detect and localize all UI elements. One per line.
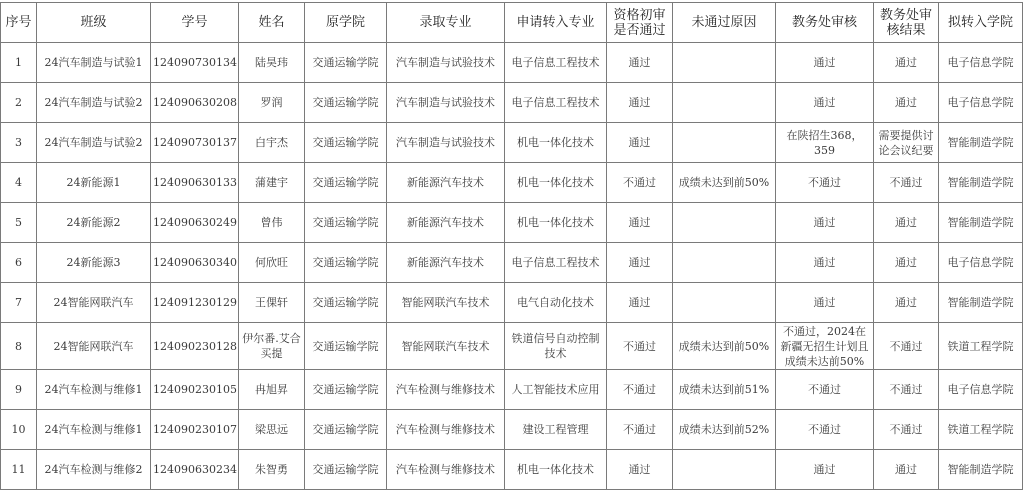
cell-name: 蒲建宇 xyxy=(239,163,305,203)
cell-target-college: 铁道工程学院 xyxy=(939,410,1023,450)
cell-target-major: 铁道信号自动控制技术 xyxy=(505,323,607,370)
table-row: 11 24汽车检测与维修2 124090630234 朱智勇 交通运输学院 汽车… xyxy=(1,450,1023,490)
cell-admitted-major: 汽车检测与维修技术 xyxy=(387,410,505,450)
cell-prelim: 不通过 xyxy=(607,323,673,370)
table-row: 2 24汽车制造与试验2 124090630208 罗润 交通运输学院 汽车制造… xyxy=(1,83,1023,123)
cell-orig-college: 交通运输学院 xyxy=(305,410,387,450)
cell-orig-college: 交通运输学院 xyxy=(305,323,387,370)
cell-reason xyxy=(673,203,776,243)
cell-orig-college: 交通运输学院 xyxy=(305,283,387,323)
cell-name: 梁思远 xyxy=(239,410,305,450)
cell-student-id: 124090230105 xyxy=(151,370,239,410)
header-orig-college: 原学院 xyxy=(305,3,387,43)
cell-prelim: 不通过 xyxy=(607,163,673,203)
table-row: 4 24新能源1 124090630133 蒲建宇 交通运输学院 新能源汽车技术… xyxy=(1,163,1023,203)
cell-class: 24汽车检测与维修2 xyxy=(37,450,151,490)
cell-office-result: 通过 xyxy=(874,243,939,283)
cell-reason: 成绩未达到前50% xyxy=(673,323,776,370)
cell-prelim: 通过 xyxy=(607,243,673,283)
cell-reason xyxy=(673,450,776,490)
cell-target-college: 智能制造学院 xyxy=(939,123,1023,163)
cell-office-review: 通过 xyxy=(776,43,874,83)
cell-name: 罗润 xyxy=(239,83,305,123)
cell-prelim: 通过 xyxy=(607,83,673,123)
cell-office-review: 不通过 xyxy=(776,370,874,410)
cell-office-review: 不通过 xyxy=(776,163,874,203)
header-office-result-line1: 教务处审 xyxy=(880,8,932,23)
cell-class: 24汽车检测与维修1 xyxy=(37,370,151,410)
header-class: 班级 xyxy=(37,3,151,43)
cell-office-result: 通过 xyxy=(874,203,939,243)
cell-target-major: 机电一体化技术 xyxy=(505,203,607,243)
cell-class: 24智能网联汽车 xyxy=(37,323,151,370)
cell-office-review: 通过 xyxy=(776,243,874,283)
cell-prelim: 通过 xyxy=(607,43,673,83)
cell-orig-college: 交通运输学院 xyxy=(305,450,387,490)
cell-prelim: 通过 xyxy=(607,283,673,323)
cell-no: 1 xyxy=(1,43,37,83)
cell-admitted-major: 新能源汽车技术 xyxy=(387,163,505,203)
cell-student-id: 124090630340 xyxy=(151,243,239,283)
cell-prelim: 通过 xyxy=(607,123,673,163)
cell-office-review: 通过 xyxy=(776,203,874,243)
cell-office-review: 不通过 xyxy=(776,410,874,450)
cell-office-result: 通过 xyxy=(874,83,939,123)
table-row: 1 24汽车制造与试验1 124090730134 陆昊玮 交通运输学院 汽车制… xyxy=(1,43,1023,83)
cell-target-major: 机电一体化技术 xyxy=(505,450,607,490)
cell-class: 24汽车检测与维修1 xyxy=(37,410,151,450)
cell-orig-college: 交通运输学院 xyxy=(305,163,387,203)
cell-office-review: 通过 xyxy=(776,450,874,490)
cell-target-major: 机电一体化技术 xyxy=(505,123,607,163)
cell-name: 何欣旺 xyxy=(239,243,305,283)
cell-orig-college: 交通运输学院 xyxy=(305,203,387,243)
cell-class: 24汽车制造与试验1 xyxy=(37,43,151,83)
cell-orig-college: 交通运输学院 xyxy=(305,83,387,123)
header-office-review: 教务处审核 xyxy=(776,3,874,43)
cell-office-result: 需要提供讨论会议纪要 xyxy=(874,123,939,163)
cell-student-id: 124090730137 xyxy=(151,123,239,163)
cell-reason: 成绩未达到前50% xyxy=(673,163,776,203)
cell-office-review: 通过 xyxy=(776,83,874,123)
cell-name: 王倮轩 xyxy=(239,283,305,323)
cell-no: 2 xyxy=(1,83,37,123)
cell-student-id: 124090630249 xyxy=(151,203,239,243)
cell-no: 6 xyxy=(1,243,37,283)
cell-student-id: 124090630133 xyxy=(151,163,239,203)
cell-target-college: 智能制造学院 xyxy=(939,163,1023,203)
cell-admitted-major: 新能源汽车技术 xyxy=(387,203,505,243)
cell-admitted-major: 智能网联汽车技术 xyxy=(387,323,505,370)
cell-reason xyxy=(673,283,776,323)
cell-prelim: 不通过 xyxy=(607,410,673,450)
cell-target-college: 智能制造学院 xyxy=(939,450,1023,490)
cell-orig-college: 交通运输学院 xyxy=(305,370,387,410)
cell-office-result: 不通过 xyxy=(874,323,939,370)
cell-reason: 成绩未达到前51% xyxy=(673,370,776,410)
cell-target-major: 电子信息工程技术 xyxy=(505,83,607,123)
cell-class: 24新能源3 xyxy=(37,243,151,283)
cell-target-major: 电子信息工程技术 xyxy=(505,43,607,83)
header-target-major: 申请转入专业 xyxy=(505,3,607,43)
table-row: 7 24智能网联汽车 124091230129 王倮轩 交通运输学院 智能网联汽… xyxy=(1,283,1023,323)
cell-student-id: 124090230107 xyxy=(151,410,239,450)
cell-target-college: 电子信息学院 xyxy=(939,83,1023,123)
header-fail-reason: 未通过原因 xyxy=(673,3,776,43)
cell-reason xyxy=(673,123,776,163)
cell-name: 伊尔番.艾合买提 xyxy=(239,323,305,370)
cell-prelim: 通过 xyxy=(607,203,673,243)
cell-student-id: 124090630208 xyxy=(151,83,239,123)
cell-student-id: 124090730134 xyxy=(151,43,239,83)
table-row: 5 24新能源2 124090630249 曾伟 交通运输学院 新能源汽车技术 … xyxy=(1,203,1023,243)
cell-office-result: 通过 xyxy=(874,450,939,490)
cell-admitted-major: 汽车检测与维修技术 xyxy=(387,450,505,490)
cell-target-major: 建设工程管理 xyxy=(505,410,607,450)
cell-admitted-major: 汽车制造与试验技术 xyxy=(387,83,505,123)
header-office-result: 教务处审核结果 xyxy=(874,3,939,43)
cell-office-review: 通过 xyxy=(776,283,874,323)
cell-no: 5 xyxy=(1,203,37,243)
header-prelim-line2: 是否通过 xyxy=(613,23,665,38)
header-office-result-line2: 核结果 xyxy=(886,23,925,38)
cell-target-major: 人工智能技术应用 xyxy=(505,370,607,410)
cell-prelim: 通过 xyxy=(607,450,673,490)
cell-office-result: 不通过 xyxy=(874,370,939,410)
cell-orig-college: 交通运输学院 xyxy=(305,43,387,83)
table-row: 9 24汽车检测与维修1 124090230105 冉旭昇 交通运输学院 汽车检… xyxy=(1,370,1023,410)
table-row: 3 24汽车制造与试验2 124090730137 白宇杰 交通运输学院 汽车制… xyxy=(1,123,1023,163)
cell-target-major: 机电一体化技术 xyxy=(505,163,607,203)
header-admitted-major: 录取专业 xyxy=(387,3,505,43)
cell-office-result: 不通过 xyxy=(874,163,939,203)
cell-admitted-major: 智能网联汽车技术 xyxy=(387,283,505,323)
cell-office-result: 通过 xyxy=(874,43,939,83)
cell-office-review: 在陕招生368，359 xyxy=(776,123,874,163)
header-prelim-review: 资格初审是否通过 xyxy=(607,3,673,43)
cell-reason xyxy=(673,43,776,83)
cell-no: 9 xyxy=(1,370,37,410)
cell-target-college: 智能制造学院 xyxy=(939,283,1023,323)
cell-admitted-major: 汽车制造与试验技术 xyxy=(387,123,505,163)
table-row: 8 24智能网联汽车 124090230128 伊尔番.艾合买提 交通运输学院 … xyxy=(1,323,1023,370)
cell-student-id: 124090630234 xyxy=(151,450,239,490)
cell-office-review: 不通过，2024在新疆无招生计划且成绩未达前50% xyxy=(776,323,874,370)
cell-orig-college: 交通运输学院 xyxy=(305,243,387,283)
cell-name: 曾伟 xyxy=(239,203,305,243)
header-row: 序号 班级 学号 姓名 原学院 录取专业 申请转入专业 资格初审是否通过 未通过… xyxy=(1,3,1023,43)
cell-target-major: 电气自动化技术 xyxy=(505,283,607,323)
table-row: 10 24汽车检测与维修1 124090230107 梁思远 交通运输学院 汽车… xyxy=(1,410,1023,450)
cell-admitted-major: 汽车制造与试验技术 xyxy=(387,43,505,83)
cell-class: 24新能源2 xyxy=(37,203,151,243)
cell-name: 陆昊玮 xyxy=(239,43,305,83)
table-body: 1 24汽车制造与试验1 124090730134 陆昊玮 交通运输学院 汽车制… xyxy=(1,43,1023,490)
cell-class: 24汽车制造与试验2 xyxy=(37,83,151,123)
transfer-review-table: 序号 班级 学号 姓名 原学院 录取专业 申请转入专业 资格初审是否通过 未通过… xyxy=(0,2,1023,490)
cell-name: 冉旭昇 xyxy=(239,370,305,410)
cell-target-college: 电子信息学院 xyxy=(939,370,1023,410)
cell-no: 8 xyxy=(1,323,37,370)
cell-orig-college: 交通运输学院 xyxy=(305,123,387,163)
cell-admitted-major: 汽车检测与维修技术 xyxy=(387,370,505,410)
cell-office-result: 通过 xyxy=(874,283,939,323)
cell-student-id: 124090230128 xyxy=(151,323,239,370)
cell-target-college: 电子信息学院 xyxy=(939,43,1023,83)
cell-prelim: 不通过 xyxy=(607,370,673,410)
header-student-id: 学号 xyxy=(151,3,239,43)
cell-no: 4 xyxy=(1,163,37,203)
cell-reason xyxy=(673,83,776,123)
cell-name: 白宇杰 xyxy=(239,123,305,163)
cell-student-id: 124091230129 xyxy=(151,283,239,323)
cell-target-college: 电子信息学院 xyxy=(939,243,1023,283)
cell-class: 24新能源1 xyxy=(37,163,151,203)
cell-class: 24汽车制造与试验2 xyxy=(37,123,151,163)
table-row: 6 24新能源3 124090630340 何欣旺 交通运输学院 新能源汽车技术… xyxy=(1,243,1023,283)
cell-no: 3 xyxy=(1,123,37,163)
header-name: 姓名 xyxy=(239,3,305,43)
table-header: 序号 班级 学号 姓名 原学院 录取专业 申请转入专业 资格初审是否通过 未通过… xyxy=(1,3,1023,43)
cell-admitted-major: 新能源汽车技术 xyxy=(387,243,505,283)
cell-class: 24智能网联汽车 xyxy=(37,283,151,323)
cell-no: 7 xyxy=(1,283,37,323)
cell-target-college: 铁道工程学院 xyxy=(939,323,1023,370)
cell-target-major: 电子信息工程技术 xyxy=(505,243,607,283)
header-no: 序号 xyxy=(1,3,37,43)
cell-no: 10 xyxy=(1,410,37,450)
cell-reason xyxy=(673,243,776,283)
cell-name: 朱智勇 xyxy=(239,450,305,490)
header-target-college: 拟转入学院 xyxy=(939,3,1023,43)
cell-target-college: 智能制造学院 xyxy=(939,203,1023,243)
cell-office-result: 不通过 xyxy=(874,410,939,450)
cell-reason: 成绩未达到前52% xyxy=(673,410,776,450)
header-prelim-line1: 资格初审 xyxy=(613,8,665,23)
cell-no: 11 xyxy=(1,450,37,490)
